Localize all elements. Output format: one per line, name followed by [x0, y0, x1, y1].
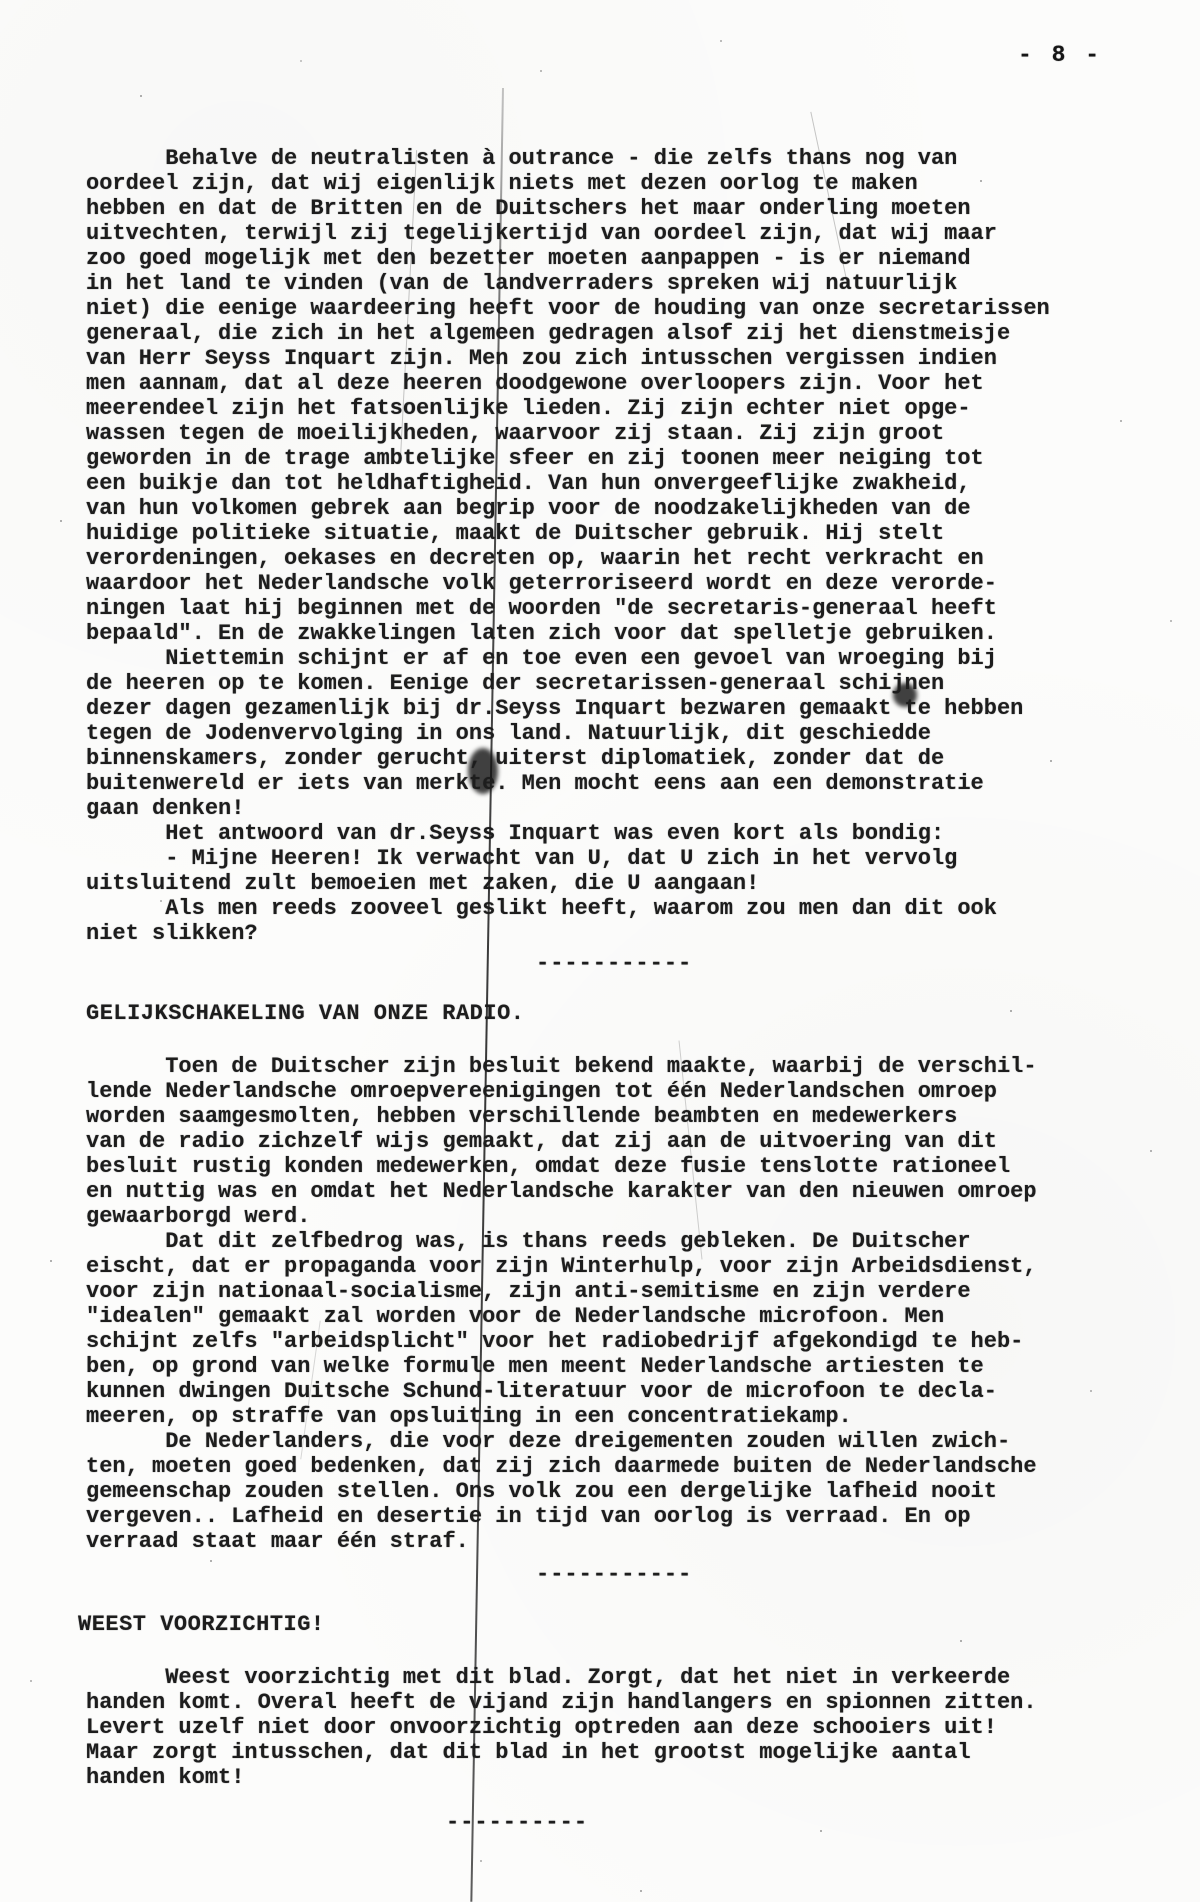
- scanned-document-page: - 8 - Behalve de neutralisten à outrance…: [0, 0, 1200, 1902]
- section-divider: ----------: [86, 1810, 1050, 1835]
- paragraph-secretaries-2: Niettemin schijnt er af en toe even een …: [86, 646, 1050, 821]
- paragraph-radio-2: Dat dit zelfbedrog was, is thans reeds g…: [86, 1229, 1050, 1429]
- section-divider: -----------: [86, 951, 1050, 976]
- paragraph-radio-1: Toen de Duitscher zijn besluit bekend ma…: [86, 1054, 1050, 1229]
- paragraph-secretaries-1: Behalve de neutralisten à outrance - die…: [86, 146, 1050, 646]
- paragraph-warning: Weest voorzichtig met dit blad. Zorgt, d…: [86, 1665, 1050, 1790]
- heading-warning-section: WEEST VOORZICHTIG!: [78, 1612, 1050, 1637]
- paragraph-seyss-answer: Het antwoord van dr.Seyss Inquart was ev…: [86, 821, 1050, 946]
- document-text: Behalve de neutralisten à outrance - die…: [0, 0, 1050, 1835]
- section-divider: -----------: [86, 1562, 1050, 1587]
- paragraph-radio-3: De Nederlanders, die voor deze dreigemen…: [86, 1429, 1050, 1554]
- heading-radio-section: GELIJKSCHAKELING VAN ONZE RADIO.: [86, 1001, 1050, 1026]
